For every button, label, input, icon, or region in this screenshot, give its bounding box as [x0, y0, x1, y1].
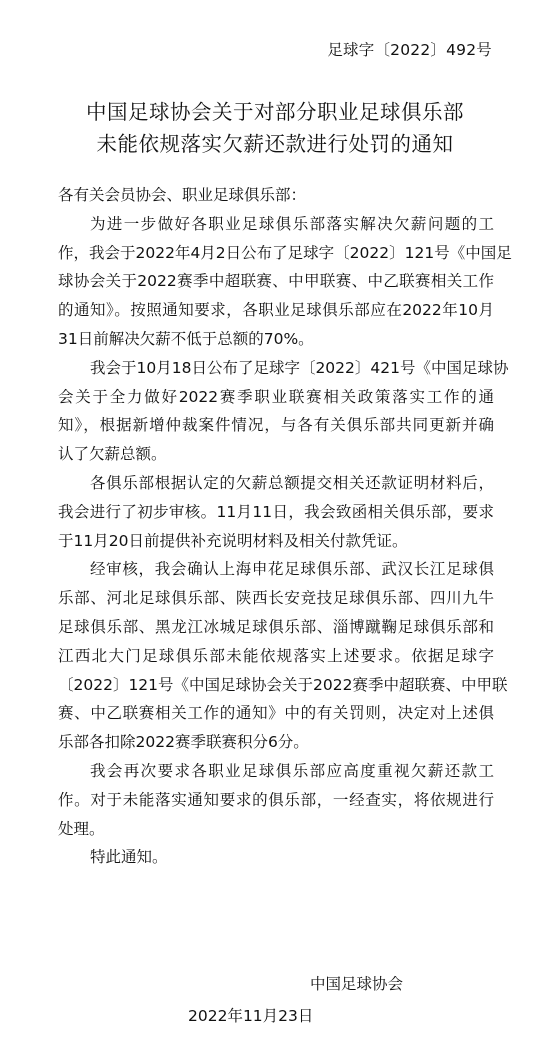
- document-title-line-2: 未能依规落实欠薪还款进行处罚的通知: [0, 127, 550, 157]
- body-line: 的通知》。按照通知要求，各职业足球俱乐部应在2022年10月: [58, 300, 494, 320]
- document-page: 足球字〔2022〕492号 中国足球协会关于对部分职业足球俱乐部 未能依规落实欠…: [0, 0, 550, 1061]
- body-line: 我会再次要求各职业足球俱乐部应高度重视欠薪还款工: [90, 761, 494, 781]
- body-line: 赛、中乙联赛相关工作的通知》中的有关罚则，决定对上述俱: [58, 703, 494, 723]
- signature-organization: 中国足球协会: [310, 972, 403, 994]
- body-line: 我会进行了初步审核。11月11日，我会致函相关俱乐部，要求: [58, 502, 494, 522]
- body-line: 乐部、河北足球俱乐部、陕西长安竞技足球俱乐部、四川九牛: [58, 588, 494, 608]
- body-line: 会关于全力做好2022赛季职业联赛相关政策落实工作的通: [58, 387, 494, 407]
- body-line: 各有关会员协会、职业足球俱乐部：: [58, 185, 494, 205]
- document-title-line-1: 中国足球协会关于对部分职业足球俱乐部: [0, 95, 550, 125]
- body-line: 〔2022〕121号《中国足球协会关于2022赛季中超联赛、中甲联: [58, 675, 494, 695]
- body-line: 知》，根据新增仲裁案件情况，与各有关俱乐部共同更新并确: [58, 415, 494, 435]
- body-line: 球协会关于2022赛季中超联赛、中甲联赛、中乙联赛相关工作: [58, 271, 494, 291]
- body-line: 处理。: [58, 819, 494, 839]
- signature-date: 2022年11月23日: [188, 1004, 313, 1026]
- body-line: 乐部各扣除2022赛季联赛积分6分。: [58, 732, 494, 752]
- body-line: 各俱乐部根据认定的欠薪总额提交相关还款证明材料后，: [90, 473, 494, 493]
- body-line: 我会于10月18日公布了足球字〔2022〕421号《中国足球协: [90, 358, 494, 378]
- body-line: 经审核，我会确认上海申花足球俱乐部、武汉长江足球俱: [90, 559, 494, 579]
- body-line: 作，我会于2022年4月2日公布了足球字〔2022〕121号《中国足: [58, 243, 494, 263]
- body-line: 足球俱乐部、黑龙江冰城足球俱乐部、淄博蹴鞠足球俱乐部和: [58, 617, 494, 637]
- body-line: 为进一步做好各职业足球俱乐部落实解决欠薪问题的工: [90, 214, 494, 234]
- body-line: 于11月20日前提供补充说明材料及相关付款凭证。: [58, 531, 494, 551]
- document-number: 足球字〔2022〕492号: [327, 38, 492, 60]
- body-line: 特此通知。: [90, 847, 494, 867]
- body-line: 江西北大门足球俱乐部未能依规落实上述要求。依据足球字: [58, 646, 494, 666]
- body-line: 作。对于未能落实通知要求的俱乐部，一经查实，将依规进行: [58, 790, 494, 810]
- body-line: 31日前解决欠薪不低于总额的70%。: [58, 329, 494, 349]
- body-line: 认了欠薪总额。: [58, 444, 494, 464]
